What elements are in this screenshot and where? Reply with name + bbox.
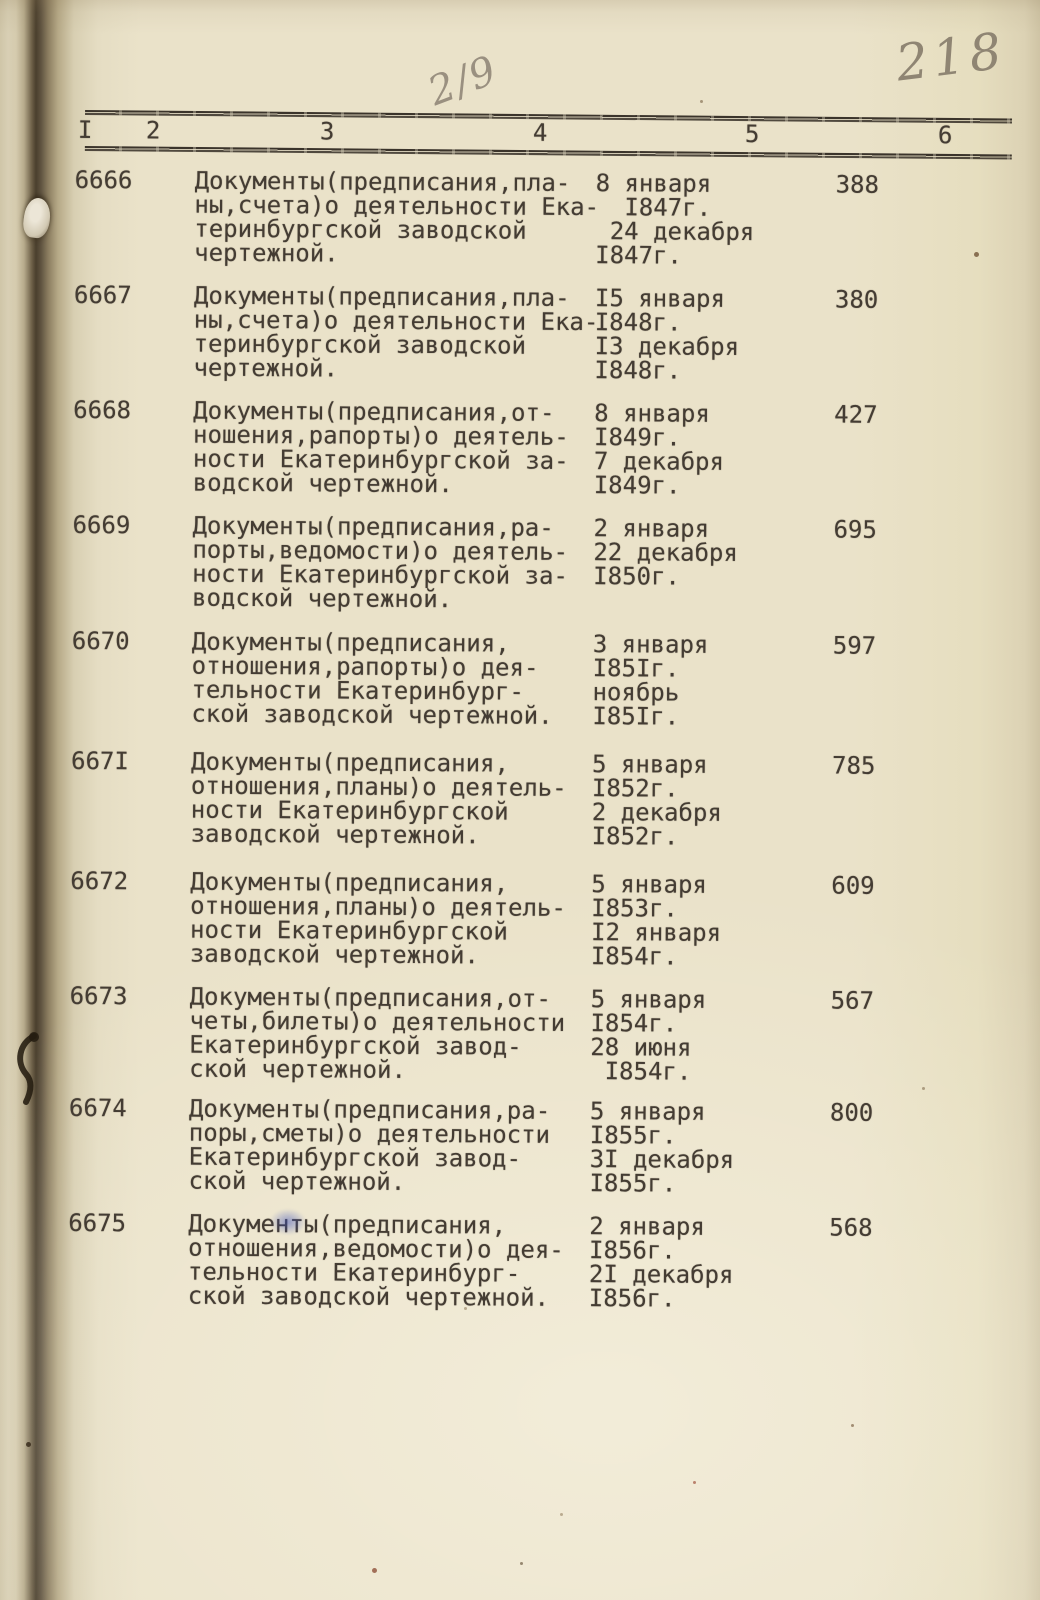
entry-number: 6667 (74, 283, 132, 307)
typewritten-content: I 2 3 4 5 6 6666Документы(предписания,пл… (0, 0, 1040, 1600)
entry-dates: 3 январяI85Iг.ноябрьI85Iг. (592, 632, 708, 729)
date-line: I85Iг. (592, 704, 708, 729)
inventory-row: 6672Документы(предписания,отношения,план… (0, 868, 1035, 874)
entry-sheet-count: 597 (833, 634, 877, 658)
date-line: 5 января (592, 752, 722, 777)
inventory-row: 6669Документы(предписания,ра-порты,ведом… (0, 512, 1038, 518)
entry-sheet-count: 567 (831, 989, 875, 1013)
entry-dates: 5 январяI854г.28 июня I854г. (590, 987, 706, 1084)
date-line: I852г. (592, 776, 722, 801)
inventory-row: 6674Документы(предписания,ра-поры,сметы)… (0, 1095, 1034, 1101)
entry-dates: 5 январяI855г.3I декабряI855г. (589, 1099, 734, 1196)
inventory-row: 6670Документы(предписания,отношения,рапо… (0, 628, 1037, 634)
column-header-3: 3 (320, 119, 335, 143)
date-line: I854г. (591, 944, 721, 969)
entry-dates: 8 января I847г. 24 декабряI847г. (595, 171, 755, 268)
entry-description: Документы(предписания,пла-ны,счета)о дея… (193, 284, 598, 382)
entry-sheet-count: 800 (830, 1101, 874, 1125)
entry-dates: I5 январяI848г.I3 декабряI848г. (594, 286, 739, 383)
date-line: 2 декабря (592, 800, 722, 825)
entry-sheet-count: 388 (836, 173, 880, 197)
entry-description: Документы(предписания,ра-поры,сметы)о де… (188, 1097, 550, 1195)
inventory-row: 6666Документы(предписания,пла-ны,счета)о… (0, 167, 1040, 173)
entry-dates: 5 январяI853г.I2 январяI854г. (591, 872, 722, 969)
date-line: I854г. (590, 1059, 706, 1084)
table-header-rule-top (85, 110, 1012, 124)
inventory-rows: 6666Документы(предписания,пла-ны,счета)о… (1, 0, 1040, 6)
column-header-4: 4 (533, 121, 548, 145)
date-line: 5 января (591, 872, 721, 897)
entry-number: 6666 (75, 168, 133, 192)
date-line: I848г. (594, 358, 739, 383)
scanned-archive-page: 218 2/9 I 2 3 4 5 6 6666Документы(предпи… (0, 0, 1040, 1600)
entry-description: Документы(предписания,отношения,планы)о … (191, 750, 567, 848)
description-line: ской заводской чертежной. (188, 1284, 564, 1310)
table-header-rule-bottom (85, 146, 1012, 160)
date-line: I856г. (589, 1286, 734, 1311)
inventory-row: 667IДокументы(предписания,отношения,план… (0, 748, 1036, 754)
entry-number: 6670 (72, 629, 130, 653)
entry-number: 6668 (73, 398, 131, 422)
date-line: I853г. (591, 896, 721, 921)
entry-dates: 2 января22 декабряI850г. (593, 516, 738, 589)
date-line: I847г. (595, 243, 754, 268)
entry-description: Документы(предписания,отношения,планы)о … (190, 870, 566, 968)
entry-number: 6673 (70, 984, 128, 1008)
date-line: I2 января (591, 920, 721, 945)
entry-sheet-count: 695 (833, 518, 877, 542)
column-header-6: 6 (938, 123, 953, 147)
column-header-5: 5 (745, 122, 760, 146)
description-line: чертежной. (194, 241, 599, 267)
date-line: 5 января (591, 987, 707, 1012)
entry-sheet-count: 785 (832, 754, 876, 778)
date-line: I855г. (589, 1171, 734, 1196)
date-line: 3 января (593, 632, 709, 657)
inventory-row: 6667Документы(предписания,пла-ны,счета)о… (0, 282, 1039, 288)
column-header-2: 2 (146, 118, 161, 142)
date-line: 7 декабря (594, 449, 724, 474)
date-line: I852г. (592, 824, 722, 849)
entry-sheet-count: 427 (834, 403, 878, 427)
inventory-row: 6675Документы(предписания,отношения,ведо… (0, 1210, 1033, 1216)
date-line: I849г. (594, 425, 724, 450)
inventory-row: 6673Документы(предписания,от-четы,билеты… (0, 983, 1035, 989)
entry-number: 6674 (69, 1096, 127, 1120)
date-line: I849г. (594, 473, 724, 498)
description-line: чертежной. (193, 356, 598, 382)
entry-dates: 8 январяI849г.7 декабряI849г. (594, 401, 725, 498)
date-line: 8 января (594, 401, 724, 426)
entry-number: 667I (71, 749, 129, 773)
date-line: 28 июня (590, 1035, 706, 1060)
column-header-1: I (78, 118, 93, 142)
entry-dates: 5 январяI852г.2 декабряI852г. (592, 752, 723, 849)
date-line: I85Iг. (593, 656, 709, 681)
blue-ink-smudge (270, 1209, 306, 1235)
description-line: ской заводской чертежной. (191, 702, 552, 728)
entry-description: Документы(предписания,от-четы,билеты)о д… (189, 985, 565, 1083)
entry-number: 6669 (72, 513, 130, 537)
date-line: ноябрь (592, 680, 708, 705)
entry-dates: 2 январяI856г.2I декабряI856г. (589, 1214, 734, 1311)
entry-sheet-count: 609 (831, 874, 875, 898)
entry-description: Документы(предписания,ра-порты,ведомости… (192, 514, 568, 612)
description-line: ской чертежной. (188, 1169, 549, 1195)
entry-number: 6675 (68, 1211, 126, 1235)
entry-description: Документы(предписания,от-ношения,рапорты… (193, 399, 569, 497)
entry-description: Документы(предписания,отношения,ведомост… (188, 1212, 564, 1310)
entry-description: Документы(предписания,отношения,рапорты)… (191, 630, 553, 728)
entry-sheet-count: 380 (835, 288, 879, 312)
date-line: I854г. (590, 1011, 706, 1036)
date-line: I850г. (593, 564, 738, 589)
entry-sheet-count: 568 (829, 1216, 873, 1240)
entry-description: Документы(предписания,пла-ны,счета)о дея… (194, 169, 599, 267)
description-line: заводской чертежной. (190, 942, 566, 968)
entry-number: 6672 (70, 869, 128, 893)
description-line: заводской чертежной. (191, 822, 567, 848)
inventory-row: 6668Документы(предписания,от-ношения,рап… (0, 397, 1038, 403)
